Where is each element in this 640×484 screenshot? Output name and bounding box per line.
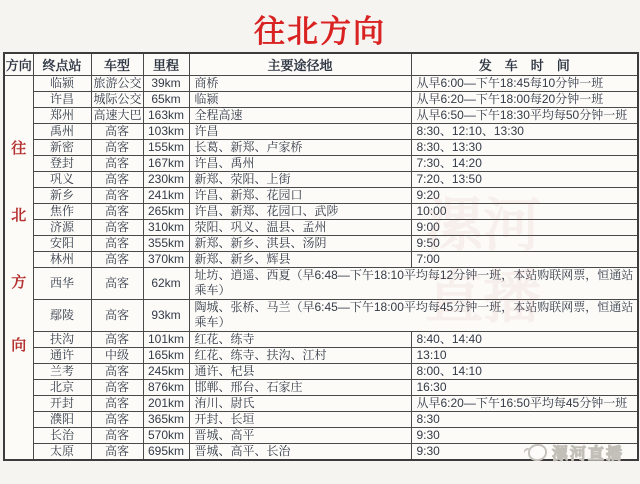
via-cell: 晋城、高平 — [189, 427, 411, 443]
header-row: 方向 终点站 车型 里程 主要途径地 发 车 时 间 — [4, 53, 638, 75]
vehicle-type-cell: 高客 — [91, 203, 143, 219]
table-row: 郑州高速大巴163km全程高速从早6:50—下午18:30平均每50分钟一班 — [4, 107, 638, 123]
time-cell: 8:00、14:10 — [411, 363, 638, 379]
distance-cell: 876km — [143, 379, 189, 395]
time-cell: 10:00 — [411, 203, 638, 219]
time-cell: 8:30 — [411, 411, 638, 427]
via-cell: 许昌 — [189, 123, 411, 139]
station-cell: 开封 — [33, 395, 91, 411]
distance-cell: 65km — [143, 91, 189, 107]
via-cell: 全程高速 — [189, 107, 411, 123]
distance-cell: 365km — [143, 411, 189, 427]
station-cell: 兰考 — [33, 363, 91, 379]
schedule-body: 往北方向临颍旅游公交39km商桥从早6:00—下午18:45每10分钟一班许昌城… — [4, 75, 638, 460]
station-cell: 登封 — [33, 155, 91, 171]
direction-char: 向 — [11, 338, 26, 353]
station-cell: 濮阳 — [33, 411, 91, 427]
header-via: 主要途径地 — [189, 53, 411, 75]
via-cell: 新郑、新乡、辉县 — [189, 251, 411, 267]
via-cell: 长葛、新郑、卢家桥 — [189, 139, 411, 155]
header-time: 发 车 时 间 — [411, 53, 638, 75]
via-cell: 邯郸、邢台、石家庄 — [189, 379, 411, 395]
vehicle-type-cell: 中级 — [91, 347, 143, 363]
distance-cell: 155km — [143, 139, 189, 155]
header-distance: 里程 — [143, 53, 189, 75]
station-cell: 太原 — [33, 443, 91, 460]
station-cell: 焦作 — [33, 203, 91, 219]
vehicle-type-cell: 城际公交 — [91, 91, 143, 107]
time-cell: 7:00 — [411, 251, 638, 267]
table-row: 兰考高客245km通许、杞县8:00、14:10 — [4, 363, 638, 379]
vehicle-type-cell: 高客 — [91, 443, 143, 460]
station-cell: 安阳 — [33, 235, 91, 251]
via-cell: 许昌、禹州 — [189, 155, 411, 171]
via-cell: 商桥 — [189, 75, 411, 91]
station-cell: 新密 — [33, 139, 91, 155]
header-vehicle-type: 车型 — [91, 53, 143, 75]
time-cell: 8:40、14:40 — [411, 331, 638, 347]
time-cell: 8:30、12:10、13:30 — [411, 123, 638, 139]
via-cell: 临颍 — [189, 91, 411, 107]
station-cell: 禹州 — [33, 123, 91, 139]
station-cell: 许昌 — [33, 91, 91, 107]
vehicle-type-cell: 旅游公交 — [91, 75, 143, 91]
direction-char: 北 — [11, 208, 26, 223]
time-cell: 16:30 — [411, 379, 638, 395]
distance-cell: 230km — [143, 171, 189, 187]
distance-cell: 39km — [143, 75, 189, 91]
direction-char: 往 — [11, 141, 26, 156]
station-cell: 郑州 — [33, 107, 91, 123]
vehicle-type-cell: 高客 — [91, 299, 143, 331]
vehicle-type-cell: 高客 — [91, 187, 143, 203]
vehicle-type-cell: 高客 — [91, 251, 143, 267]
corner-watermark-text: 漯河直播 — [552, 441, 624, 464]
table-row: 禹州高客103km许昌8:30、12:10、13:30 — [4, 123, 638, 139]
via-cell: 通许、杞县 — [189, 363, 411, 379]
station-cell: 鄢陵 — [33, 299, 91, 331]
table-row: 通许中级165km红花、练寺、扶沟、江村13:10 — [4, 347, 638, 363]
via-cell: 许昌、新郑、花园口 — [189, 187, 411, 203]
distance-cell: 245km — [143, 363, 189, 379]
station-cell: 林州 — [33, 251, 91, 267]
distance-cell: 167km — [143, 155, 189, 171]
distance-cell: 103km — [143, 123, 189, 139]
table-row: 开封高客201km洧川、尉氏从早6:20—下午16:50平均每45分钟一班 — [4, 395, 638, 411]
time-cell: 9:20 — [411, 187, 638, 203]
time-cell: 9:00 — [411, 219, 638, 235]
table-row: 焦作高客265km许昌、新郑、花园口、武陟10:00 — [4, 203, 638, 219]
vehicle-type-cell: 高客 — [91, 235, 143, 251]
table-row: 北京高客876km邯郸、邢台、石家庄16:30 — [4, 379, 638, 395]
station-cell: 西华 — [33, 267, 91, 299]
table-row: 济源高客310km荥阳、巩义、温县、孟州9:00 — [4, 219, 638, 235]
distance-cell: 265km — [143, 203, 189, 219]
distance-cell: 201km — [143, 395, 189, 411]
vehicle-type-cell: 高客 — [91, 267, 143, 299]
corner-watermark: 漯河直播 — [528, 441, 624, 464]
vehicle-type-cell: 高客 — [91, 395, 143, 411]
table-row: 许昌城际公交65km临颍从早6:20—下午18:00每20分钟一班 — [4, 91, 638, 107]
table-row: 新乡高客241km许昌、新郑、花园口9:20 — [4, 187, 638, 203]
vehicle-type-cell: 高客 — [91, 379, 143, 395]
time-cell: 从早6:20—下午18:00每20分钟一班 — [411, 91, 638, 107]
time-cell: 从早6:50—下午18:30平均每50分钟一班 — [411, 107, 638, 123]
table-row: 巩义高客230km新郑、荥阳、上街7:20、13:50 — [4, 171, 638, 187]
direction-column: 往北方向 — [4, 75, 33, 460]
via-cell: 新郑、荥阳、上街 — [189, 171, 411, 187]
time-cell: 从早6:20—下午16:50平均每45分钟一班 — [411, 395, 638, 411]
via-cell: 洧川、尉氏 — [189, 395, 411, 411]
table-row: 安阳高客355km新郑、新乡、淇县、汤阴9:50 — [4, 235, 638, 251]
via-cell: 新郑、新乡、淇县、汤阴 — [189, 235, 411, 251]
vehicle-type-cell: 高速大巴 — [91, 107, 143, 123]
distance-cell: 93km — [143, 299, 189, 331]
table-row: 往北方向临颍旅游公交39km商桥从早6:00—下午18:45每10分钟一班 — [4, 75, 638, 91]
distance-cell: 163km — [143, 107, 189, 123]
table-header: 方向 终点站 车型 里程 主要途径地 发 车 时 间 — [4, 53, 638, 75]
distance-cell: 241km — [143, 187, 189, 203]
via-and-time-cell: 陶城、张桥、马兰（早6:45—下午18:00平均每45分钟一班，本站购联网票，恒… — [189, 299, 638, 331]
time-cell: 9:50 — [411, 235, 638, 251]
distance-cell: 695km — [143, 443, 189, 460]
station-cell: 新乡 — [33, 187, 91, 203]
vehicle-type-cell: 高客 — [91, 155, 143, 171]
table-row: 登封高客167km许昌、禹州7:30、14:20 — [4, 155, 638, 171]
distance-cell: 101km — [143, 331, 189, 347]
bus-schedule-table: 方向 终点站 车型 里程 主要途径地 发 车 时 间 往北方向临颍旅游公交39k… — [3, 52, 639, 461]
via-cell: 红花、练寺、扶沟、江村 — [189, 347, 411, 363]
table-row: 扶沟高客101km红花、练寺8:40、14:40 — [4, 331, 638, 347]
table-row: 鄢陵高客93km陶城、张桥、马兰（早6:45—下午18:00平均每45分钟一班，… — [4, 299, 638, 331]
vehicle-type-cell: 高客 — [91, 219, 143, 235]
table-row: 西华高客62km址坊、逍遥、西夏（早6:48—下午18:10平均每12分钟一班，… — [4, 267, 638, 299]
vehicle-type-cell: 高客 — [91, 331, 143, 347]
vehicle-type-cell: 高客 — [91, 171, 143, 187]
station-cell: 长治 — [33, 427, 91, 443]
time-cell: 从早6:00—下午18:45每10分钟一班 — [411, 75, 638, 91]
distance-cell: 355km — [143, 235, 189, 251]
vehicle-type-cell: 高客 — [91, 427, 143, 443]
distance-cell: 62km — [143, 267, 189, 299]
via-cell: 开封、长垣 — [189, 411, 411, 427]
direction-char: 方 — [11, 275, 26, 290]
via-cell: 荥阳、巩义、温县、孟州 — [189, 219, 411, 235]
distance-cell: 570km — [143, 427, 189, 443]
station-cell: 济源 — [33, 219, 91, 235]
vehicle-type-cell: 高客 — [91, 411, 143, 427]
broadcaster-logo-icon — [528, 444, 547, 461]
station-cell: 通许 — [33, 347, 91, 363]
distance-cell: 370km — [143, 251, 189, 267]
vehicle-type-cell: 高客 — [91, 139, 143, 155]
time-cell: 13:10 — [411, 347, 638, 363]
via-cell: 红花、练寺 — [189, 331, 411, 347]
header-station: 终点站 — [33, 53, 91, 75]
table-row: 林州高客370km新郑、新乡、辉县7:00 — [4, 251, 638, 267]
header-direction: 方向 — [4, 53, 33, 75]
time-cell: 8:30、13:30 — [411, 139, 638, 155]
table-row: 濮阳高客365km开封、长垣8:30 — [4, 411, 638, 427]
via-and-time-cell: 址坊、逍遥、西夏（早6:48—下午18:10平均每12分钟一班，本站购联网票，恒… — [189, 267, 638, 299]
page-title: 往北方向 — [0, 6, 640, 51]
table-row: 新密高客155km长葛、新郑、卢家桥8:30、13:30 — [4, 139, 638, 155]
distance-cell: 165km — [143, 347, 189, 363]
vehicle-type-cell: 高客 — [91, 363, 143, 379]
vehicle-type-cell: 高客 — [91, 123, 143, 139]
via-cell: 许昌、新郑、花园口、武陟 — [189, 203, 411, 219]
distance-cell: 310km — [143, 219, 189, 235]
station-cell: 扶沟 — [33, 331, 91, 347]
time-cell: 7:20、13:50 — [411, 171, 638, 187]
station-cell: 临颍 — [33, 75, 91, 91]
via-cell: 晋城、高平、长治 — [189, 443, 411, 460]
station-cell: 巩义 — [33, 171, 91, 187]
time-cell: 7:30、14:20 — [411, 155, 638, 171]
station-cell: 北京 — [33, 379, 91, 395]
